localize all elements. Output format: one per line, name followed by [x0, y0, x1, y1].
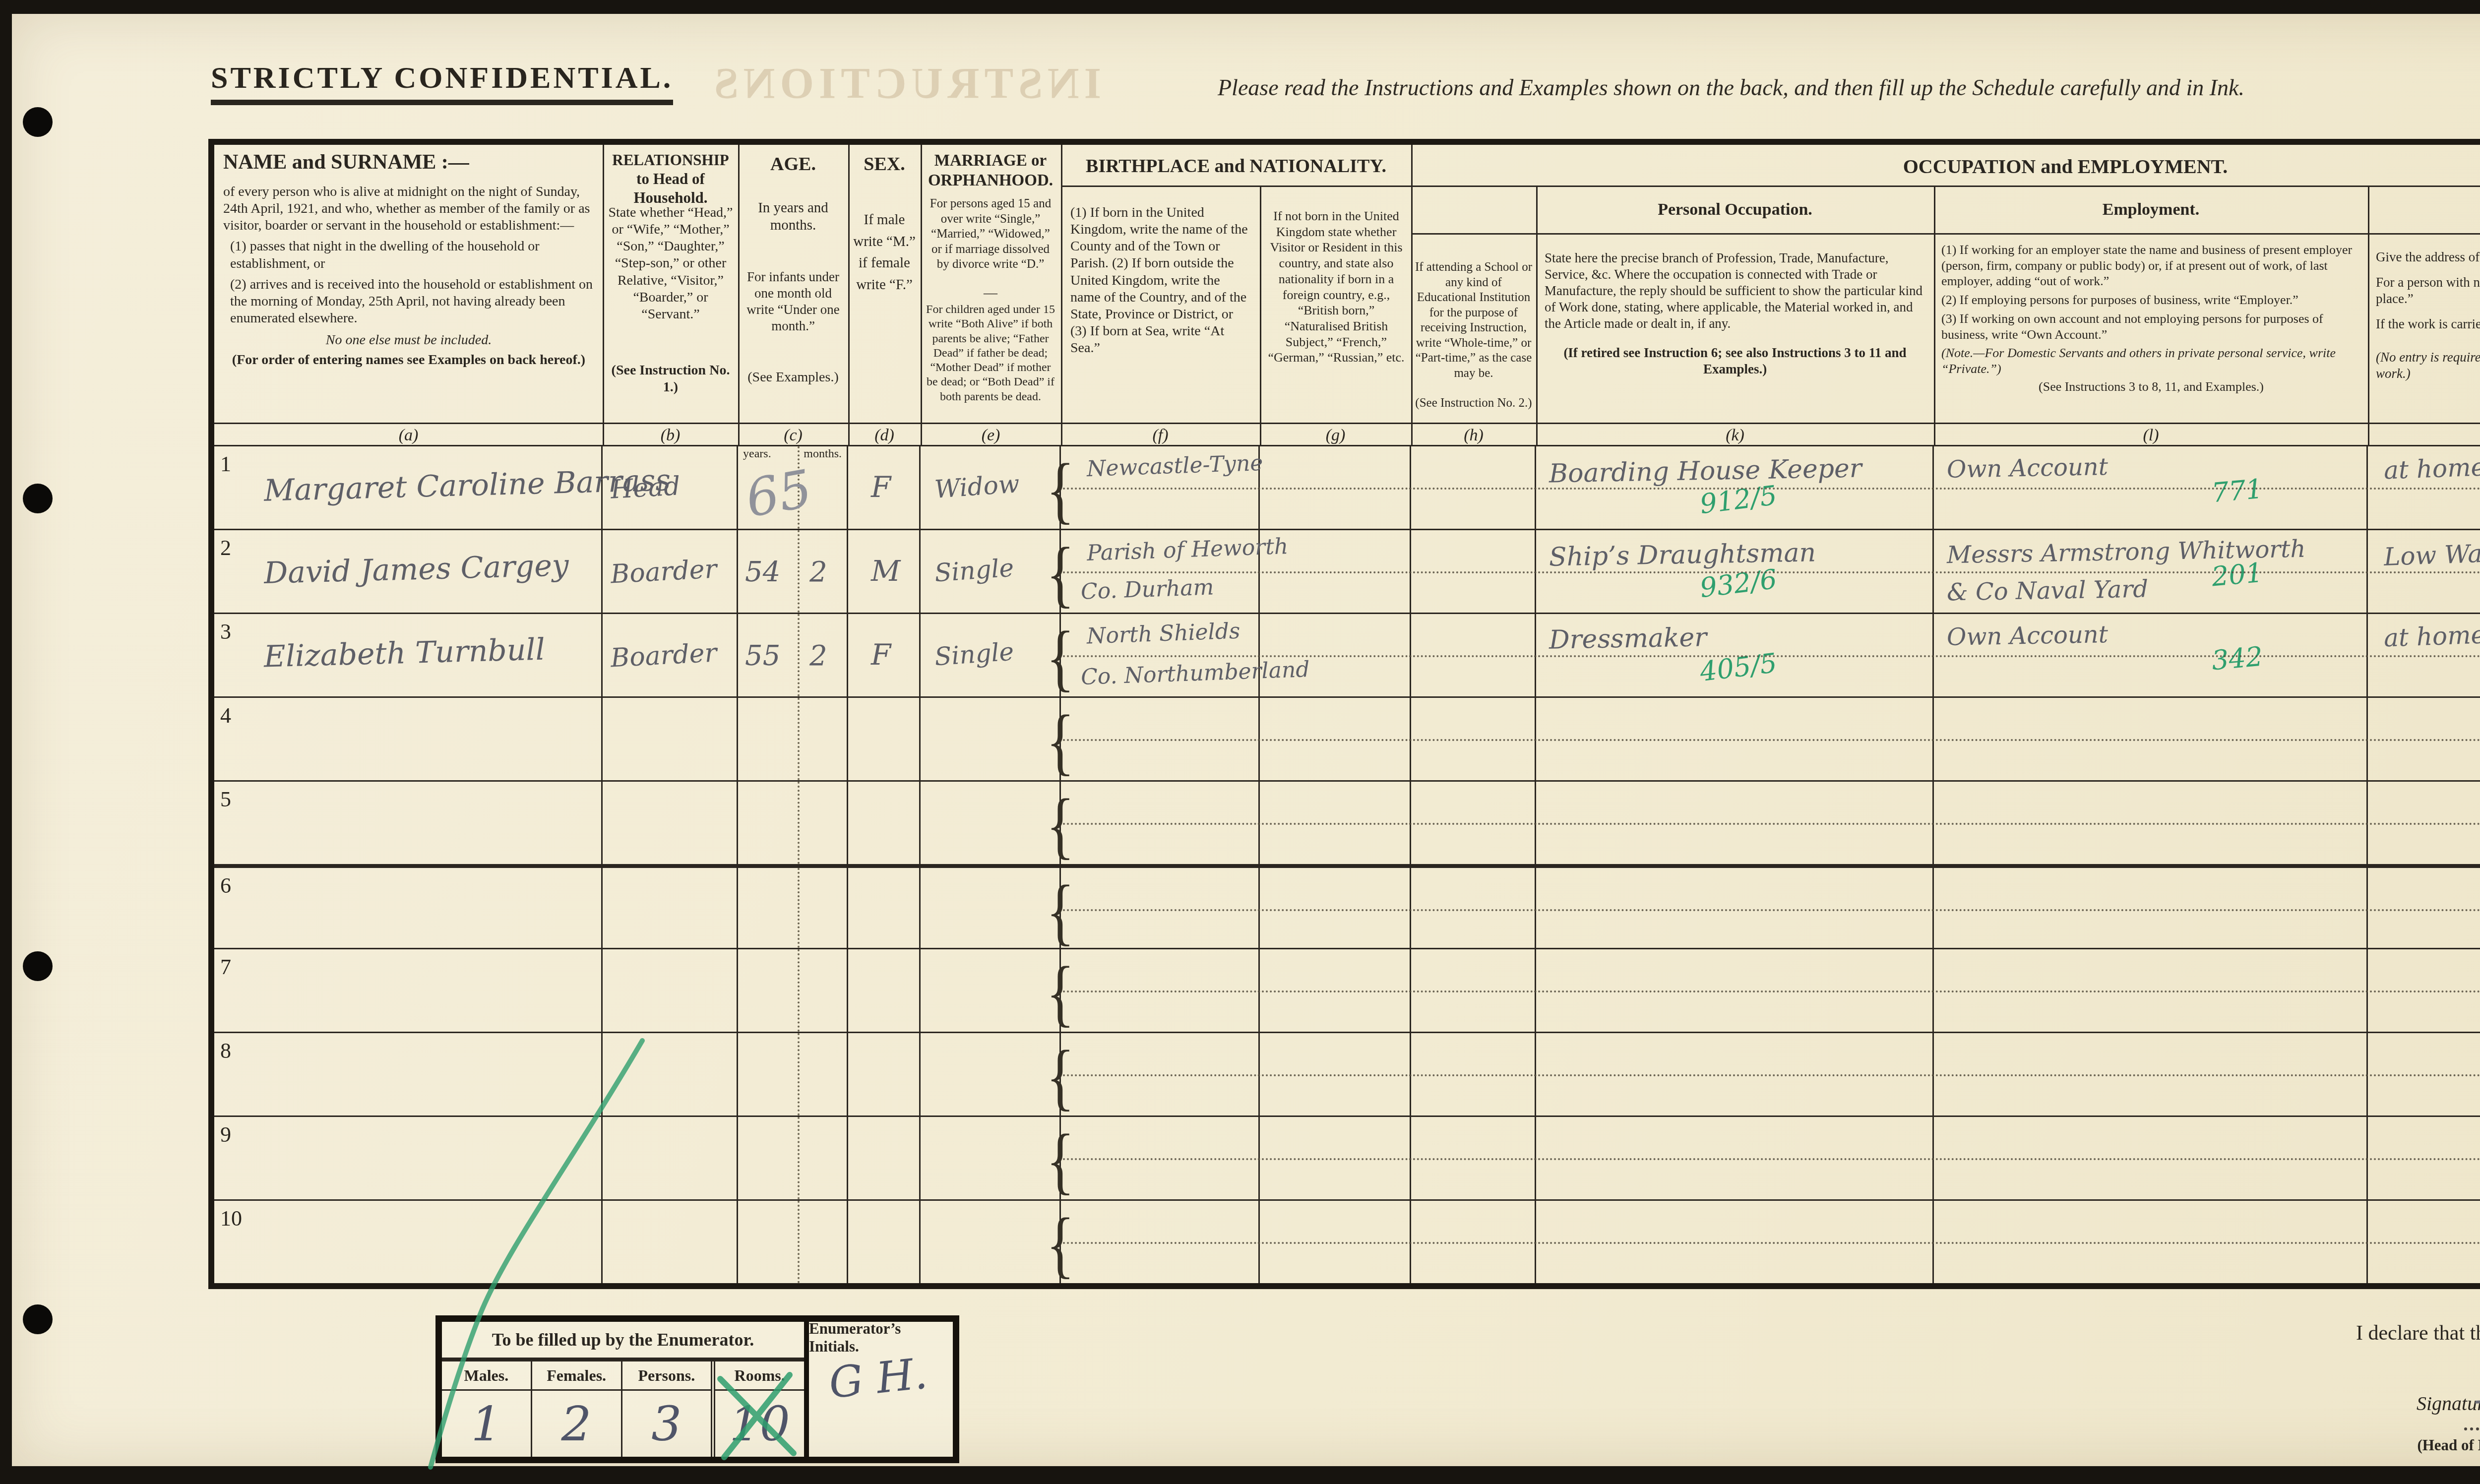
col-c-title: AGE.: [741, 153, 845, 176]
cell-occupation: [1536, 1117, 1934, 1199]
table-row: 9 years. months. {: [214, 1115, 2480, 1199]
cell-occupation: [1536, 868, 1934, 948]
cell-relationship: [603, 1033, 738, 1115]
sex-entry: F: [871, 638, 891, 672]
table-row: 5 years. months. {: [214, 780, 2480, 864]
col-m-item3: If the work is carried on mainly at home…: [2376, 316, 2480, 332]
cell-school: [1411, 782, 1536, 864]
col-m-title: Place of Work.: [2368, 199, 2480, 220]
col-l-title: Employment.: [1934, 199, 2368, 220]
cell-occupation: Dressmaker 405/5: [1536, 614, 1934, 696]
cell-age: years. months.: [738, 698, 848, 780]
age-years-entry: 55: [745, 640, 780, 672]
cell-age: years. months.: [738, 868, 848, 948]
cell-place-of-work: [2368, 698, 2480, 780]
age-years-months-divider: [798, 614, 800, 696]
column-rule: [1934, 185, 1935, 445]
column-rule: [1260, 185, 1261, 445]
cell-relationship: Head: [603, 446, 738, 529]
col-a-intro: of every person who is alive at midnight…: [223, 184, 594, 234]
place-of-work-entry: at home: [2383, 452, 2480, 485]
letter-a: (a): [214, 426, 603, 445]
row-number: 9: [220, 1122, 231, 1147]
cell-nationality: [1260, 868, 1411, 948]
cell-sex: [848, 698, 921, 780]
cell-employment: [1934, 949, 2368, 1032]
cell-birthplace: {: [1061, 1033, 1260, 1115]
males-label: Males.: [442, 1361, 531, 1391]
cell-relationship: [603, 868, 738, 948]
row-brace: {: [1046, 447, 1075, 533]
employer-entry-line2: & Co Naval Yard: [1947, 575, 2149, 606]
cell-school: [1411, 698, 1536, 780]
cell-school: [1411, 530, 1536, 613]
col-a-note2: (For order of entering names see Example…: [223, 352, 594, 369]
months-label: months.: [804, 447, 842, 461]
cell-occupation: [1536, 1201, 1934, 1283]
employer-entry-line1: Own Account: [1947, 620, 2108, 651]
cell-sex: [848, 1201, 921, 1283]
row-number: 3: [220, 619, 231, 644]
age-years-months-divider: [798, 1117, 800, 1199]
cell-nationality: [1260, 949, 1411, 1032]
cell-sex: F: [848, 614, 921, 696]
col-e-dash: —: [925, 285, 1056, 302]
cell-employment: [1934, 698, 2368, 780]
punch-hole: [23, 484, 53, 513]
age-years-months-divider: [798, 782, 800, 864]
summary-col-females: Females. 2: [532, 1361, 622, 1457]
punch-hole: [23, 951, 53, 981]
cell-employment: [1934, 1117, 2368, 1199]
cell-marriage: Widow: [921, 446, 1061, 529]
birthplace-town-entry: North Shields: [1086, 618, 1240, 649]
age-units-header: years. months.: [738, 447, 847, 461]
occupation-code: 405/5: [1698, 647, 1779, 687]
name-entry: David James Cargey: [263, 548, 569, 591]
cell-nationality: [1260, 446, 1411, 529]
cell-birthplace: {: [1061, 868, 1260, 948]
cell-sex: [848, 1117, 921, 1199]
cell-school: [1411, 1201, 1536, 1283]
cell-relationship: [603, 698, 738, 780]
cell-marriage: [921, 1033, 1061, 1115]
cell-nationality: [1260, 698, 1411, 780]
sex-entry: F: [871, 470, 891, 504]
cell-school: [1411, 446, 1536, 529]
years-label: years.: [743, 447, 771, 461]
col-e-body: For persons aged 15 and over write “Sing…: [925, 196, 1056, 272]
cell-name: 6: [214, 868, 603, 948]
col-d-body: If male write “M.” if female write “F.”: [852, 209, 917, 296]
birthplace-town-entry: Newcastle-Tyne: [1086, 450, 1263, 482]
cell-marriage: [921, 1201, 1061, 1283]
cell-marriage: [921, 698, 1061, 780]
cell-age: years. months. 65: [738, 446, 848, 529]
letter-f: (f): [1061, 426, 1260, 445]
table-rows: 1 Margaret Caroline Barrass Head years. …: [214, 445, 2480, 1283]
age-years-months-divider: [798, 1033, 800, 1115]
cell-sex: [848, 868, 921, 948]
table-row: 10 years. months. {: [214, 1199, 2480, 1283]
rooms-label: Rooms.: [715, 1361, 804, 1391]
col-m-body: Give the address of each person’s place …: [2376, 249, 2480, 382]
occupation-entry: Ship’s Draughtsman: [1549, 538, 1816, 572]
col-h-text: If attending a School or any kind of Edu…: [1415, 260, 1533, 381]
cell-place-of-work: at home 5260/06.: [2368, 614, 2480, 696]
letter-m: (m): [2368, 426, 2480, 445]
column-rule: [848, 145, 850, 445]
cell-sex: [848, 782, 921, 864]
col-b-note: (See Instruction No. 1.): [608, 362, 733, 396]
cell-marriage: Single: [921, 614, 1061, 696]
relationship-entry: Boarder: [610, 554, 718, 589]
table-row: 3 Elizabeth Turnbull Boarder years. mont…: [214, 613, 2480, 696]
cell-occupation: Ship’s Draughtsman 932/6: [1536, 530, 1934, 613]
punch-hole: [23, 1304, 53, 1334]
row-brace: {: [1046, 1118, 1075, 1204]
row-number: 7: [220, 954, 231, 980]
col-b-body: State whether “Head,” or “Wife,” “Mother…: [608, 204, 733, 323]
cell-marriage: [921, 949, 1061, 1032]
cell-school: [1411, 949, 1536, 1032]
cell-place-of-work: [2368, 949, 2480, 1032]
row-number: 4: [220, 703, 231, 728]
cell-sex: F: [848, 446, 921, 529]
column-rule: [603, 145, 604, 445]
col-l-item2: (2) If employing persons for purposes of…: [1941, 292, 2361, 308]
letter-b: (b): [603, 426, 738, 445]
marriage-entry: Single: [933, 553, 1015, 587]
cell-sex: M: [848, 530, 921, 613]
cell-birthplace: {: [1061, 1117, 1260, 1199]
birthplace-county-entry: Co. Durham: [1080, 574, 1214, 604]
employment-code: 201: [2210, 557, 2264, 593]
col-f-body: (1) If born in the United Kingdom, write…: [1070, 204, 1252, 357]
table-row: 1 Margaret Caroline Barrass Head years. …: [214, 445, 2480, 529]
persons-label: Persons.: [622, 1361, 711, 1391]
row-brace: {: [1046, 699, 1075, 785]
age-years-months-divider: [798, 698, 800, 780]
cell-relationship: Boarder: [603, 614, 738, 696]
table-row: 8 years. months. {: [214, 1032, 2480, 1115]
cell-relationship: [603, 1117, 738, 1199]
cell-nationality: [1260, 1033, 1411, 1115]
col-m-item2: For a person with no regular place of wo…: [2376, 274, 2480, 307]
cell-employment: [1934, 868, 2368, 948]
col-h-note: (See Instruction No. 2.): [1415, 396, 1533, 411]
col-a-item1: (1) passes that night in the dwelling of…: [230, 238, 594, 272]
cell-relationship: [603, 1201, 738, 1283]
cell-sex: [848, 949, 921, 1032]
cell-occupation: [1536, 1033, 1934, 1115]
cell-name: 9: [214, 1117, 603, 1199]
employment-code: 771: [2210, 473, 2264, 509]
cell-relationship: [603, 949, 738, 1032]
cell-employment: [1934, 782, 2368, 864]
cell-age: years. months.: [738, 1201, 848, 1283]
cell-age: years. months.: [738, 949, 848, 1032]
ghost-text: INSTRUCTIONS: [709, 59, 1101, 109]
cell-occupation: [1536, 949, 1934, 1032]
cell-nationality: [1260, 614, 1411, 696]
cell-school: [1411, 1033, 1536, 1115]
age-years-entry: 65: [741, 458, 816, 529]
cell-name: 1 Margaret Caroline Barrass: [214, 446, 603, 529]
col-a-note1: No one else must be included.: [223, 332, 594, 349]
col-a-body: of every person who is alive at midnight…: [223, 181, 594, 369]
age-months-entry: 2: [809, 640, 827, 672]
column-rule: [921, 145, 922, 445]
cell-name: 7: [214, 949, 603, 1032]
row-number: 8: [220, 1038, 231, 1063]
census-table: NAME and SURNAME :— of every person who …: [208, 139, 2480, 1289]
letter-e: (e): [921, 426, 1061, 445]
cell-name: 5: [214, 782, 603, 864]
table-row: 2 David James Cargey Boarder years. mont…: [214, 529, 2480, 613]
col-c-infants: For infants under one month old write “U…: [743, 269, 843, 334]
letter-c: (c): [738, 426, 848, 445]
column-rule: [1061, 145, 1062, 445]
col-c-line1: In years and months.: [743, 199, 843, 235]
row-brace: {: [1046, 783, 1075, 868]
row-brace: {: [1046, 1034, 1075, 1120]
summary-main: To be filled up by the Enumerator. Males…: [442, 1322, 809, 1457]
cell-name: 10: [214, 1201, 603, 1283]
cell-place-of-work: [2368, 1117, 2480, 1199]
summary-title: To be filled up by the Enumerator.: [442, 1322, 804, 1361]
cell-age: years. months.: [738, 782, 848, 864]
males-value: 1: [471, 1396, 501, 1452]
females-value: 2: [561, 1396, 592, 1452]
cell-school: [1411, 614, 1536, 696]
cell-age: years. months. 54 2: [738, 530, 848, 613]
birthplace-town-entry: Parish of Heworth: [1086, 534, 1289, 566]
col-l-note: (Note.—For Domestic Servants and others …: [1941, 345, 2361, 376]
cell-birthplace: { Newcastle-Tyne: [1061, 446, 1260, 529]
cell-birthplace: {: [1061, 698, 1260, 780]
cell-birthplace: {: [1061, 782, 1260, 864]
col-c-see: (See Examples.): [743, 369, 843, 386]
cell-birthplace: {: [1061, 949, 1260, 1032]
col-e-body2: For children aged under 15 write “Both A…: [925, 303, 1056, 404]
table-row: 6 years. months. {: [214, 864, 2480, 948]
scanned-census-schedule-1921: INSTRUCTIONS STRICTLY CONFIDENTIAL. Plea…: [0, 0, 2480, 1484]
summary-col-persons: Persons. 3: [622, 1361, 716, 1457]
letter-k: (k): [1536, 426, 1934, 445]
summary-col-males: Males. 1: [442, 1361, 532, 1457]
col-k-text: State here the precise branch of Profess…: [1545, 250, 1925, 332]
cell-birthplace: { North Shields Co. Northumberland: [1061, 614, 1260, 696]
cell-school: [1411, 868, 1536, 948]
cell-school: [1411, 1117, 1536, 1199]
cell-occupation: [1536, 698, 1934, 780]
cell-place-of-work: [2368, 868, 2480, 948]
col-m-note: (No entry is required for any person who…: [2376, 349, 2480, 382]
cell-name: 2 David James Cargey: [214, 530, 603, 613]
cell-marriage: [921, 782, 1061, 864]
cell-employment: Own Account 771: [1934, 446, 2368, 529]
row-brace: {: [1046, 950, 1075, 1036]
cell-occupation: [1536, 782, 1934, 864]
cell-employment: Messrs Armstrong Whitworth & Co Naval Ya…: [1934, 530, 2368, 613]
col-h-body: If attending a School or any kind of Edu…: [1415, 260, 1533, 411]
row-brace: {: [1046, 531, 1075, 617]
cell-sex: [848, 1033, 921, 1115]
marriage-entry: Single: [933, 637, 1015, 671]
age-years-months-divider: [798, 1201, 800, 1283]
cell-occupation: Boarding House Keeper 912/5: [1536, 446, 1934, 529]
rooms-value: 10: [730, 1396, 790, 1452]
marriage-entry: Widow: [933, 469, 1020, 504]
column-rule: [738, 145, 740, 445]
group-band-rule: [1061, 185, 2480, 187]
row-number: 2: [220, 535, 231, 560]
cell-nationality: [1260, 530, 1411, 613]
initials-value: G H.: [826, 1349, 930, 1408]
row-brace: {: [1046, 869, 1075, 955]
cell-nationality: [1260, 782, 1411, 864]
confidential-heading: STRICTLY CONFIDENTIAL.: [211, 61, 673, 105]
column-rule: [1411, 145, 1413, 445]
col-b-title: RELATIONSHIP to Head of Household.: [607, 151, 734, 207]
table-row: 7 years. months. {: [214, 948, 2480, 1032]
cell-nationality: [1260, 1117, 1411, 1199]
cell-marriage: Single: [921, 530, 1061, 613]
col-k-note: (If retired see Instruction 6; see also …: [1545, 345, 1925, 377]
letter-g: (g): [1260, 426, 1411, 445]
col-k-title: Personal Occupation.: [1536, 199, 1934, 220]
cell-place-of-work: Low Walker-on-Tyne 5200/9: [2368, 530, 2480, 613]
cell-name: 4: [214, 698, 603, 780]
cell-name: 8: [214, 1033, 603, 1115]
cell-place-of-work: [2368, 1201, 2480, 1283]
row-brace: {: [1046, 615, 1075, 701]
subheader-rule: [1411, 233, 2480, 235]
cell-age: years. months.: [738, 1117, 848, 1199]
declaration-text: I declare that this Schedule is correctl…: [2262, 1321, 2480, 1345]
row-number: 5: [220, 787, 231, 812]
signature-label: Signature: [2417, 1392, 2480, 1415]
row-brace: {: [1046, 1202, 1075, 1288]
col-k-body: State here the precise branch of Profess…: [1545, 250, 1925, 377]
cell-marriage: [921, 1117, 1061, 1199]
col-a-item2: (2) arrives and is received into the hou…: [230, 276, 594, 327]
row-number: 1: [220, 451, 231, 477]
col-d-title: SEX.: [851, 153, 918, 176]
cell-age: years. months. 55 2: [738, 614, 848, 696]
cell-place-of-work: [2368, 1033, 2480, 1115]
cell-relationship: [603, 782, 738, 864]
persons-value: 3: [651, 1396, 682, 1452]
cell-birthplace: { Parish of Heworth Co. Durham: [1061, 530, 1260, 613]
punch-hole: [23, 107, 53, 137]
employer-entry-line1: Own Account: [1947, 453, 2108, 484]
col-l-note2: (See Instructions 3 to 8, 11, and Exampl…: [1941, 379, 2361, 395]
letter-d: (d): [848, 426, 921, 445]
cell-employment: [1934, 1033, 2368, 1115]
cell-employment: Own Account 342: [1934, 614, 2368, 696]
row-number: 10: [220, 1206, 242, 1231]
column-rule: [1536, 185, 1538, 445]
column-letters-row: (a) (b) (c) (d) (e) (f) (g) (h) (k) (l) …: [214, 423, 2480, 446]
col-g-body: If not born in the United Kingdom state …: [1267, 208, 1406, 366]
col-l-item1: (1) If working for an employer state the…: [1941, 242, 2361, 289]
age-years-months-divider: [798, 868, 800, 948]
enumerator-initials-box: Enumerator’s Initials. G H.: [809, 1322, 953, 1457]
cell-place-of-work: [2368, 782, 2480, 864]
letter-h: (h): [1411, 426, 1536, 445]
relationship-entry: Head: [610, 471, 681, 504]
birthplace-group-title: BIRTHPLACE and NATIONALITY.: [1061, 155, 1411, 178]
age-years-entry: 54: [745, 556, 780, 588]
table-row: 4 years. months. {: [214, 696, 2480, 780]
age-years-months-divider: [798, 530, 800, 613]
table-header: NAME and SURNAME :— of every person who …: [214, 145, 2480, 445]
age-years-months-divider: [798, 949, 800, 1032]
cell-employment: [1934, 1201, 2368, 1283]
occupation-entry: Dressmaker: [1549, 622, 1707, 655]
col-a-title: NAME and SURNAME :—: [223, 150, 594, 175]
col-l-item3: (3) If working on own account and not em…: [1941, 311, 2361, 342]
place-of-work-entry: Low Walker-on-Tyne: [2383, 534, 2480, 571]
signature-caption: (Head of Household, Manager of Establish…: [2292, 1436, 2480, 1454]
cell-age: years. months.: [738, 1033, 848, 1115]
column-rule: [2368, 185, 2369, 445]
enumerator-summary-box: To be filled up by the Enumerator. Males…: [435, 1315, 959, 1463]
cell-birthplace: {: [1061, 1201, 1260, 1283]
summary-col-rooms: Rooms. 10: [715, 1361, 804, 1457]
sex-entry: M: [871, 554, 900, 588]
cell-place-of-work: at home 5260/06: [2368, 446, 2480, 529]
cell-nationality: [1260, 1201, 1411, 1283]
row-number: 6: [220, 873, 231, 898]
cell-name: 3 Elizabeth Turnbull: [214, 614, 603, 696]
cell-marriage: [921, 868, 1061, 948]
relationship-entry: Boarder: [610, 638, 718, 673]
cell-relationship: Boarder: [603, 530, 738, 613]
name-entry: Elizabeth Turnbull: [263, 632, 545, 675]
col-l-body: (1) If working for an employer state the…: [1941, 242, 2361, 394]
col-m-item1: Give the address of each person’s place …: [2376, 249, 2480, 265]
occupation-entry: Boarding House Keeper: [1549, 454, 1862, 489]
signature-line: [2464, 1427, 2480, 1430]
occupation-group-title: OCCUPATION and EMPLOYMENT.: [1411, 155, 2480, 179]
instruction-line: Please read the Instructions and Example…: [1056, 74, 2406, 101]
col-e-title: MARRIAGE or ORPHANHOOD.: [924, 151, 1057, 191]
letter-l: (l): [1934, 426, 2368, 445]
females-label: Females.: [532, 1361, 621, 1391]
age-months-entry: 2: [809, 556, 827, 588]
place-of-work-entry: at home: [2383, 620, 2480, 652]
employment-code: 342: [2210, 641, 2264, 677]
